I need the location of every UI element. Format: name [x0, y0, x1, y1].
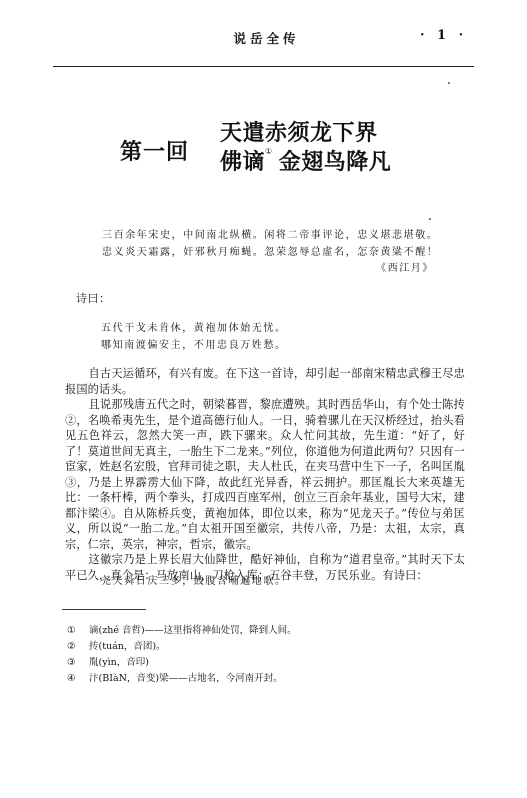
footnote-3-text: 胤(yìn，音印) [89, 657, 149, 668]
paragraph-2: 且说那残唐五代之时，朝梁暮晋，黎庶遭殃。其时西岳华山，有个处士陈抟②，名唤希夷先… [65, 397, 465, 552]
chapter-title-line-2-part2: 金翅鸟降凡 [279, 150, 392, 175]
page-number: · 1 · [420, 28, 467, 43]
opening-verse-line-1: 三百余年宋史，中间南北纵横。闲将二帝事评论，忠义堪悲堪敬。 [102, 226, 438, 241]
poem-1-line-2: 哪知南渡偏安主，不用忠良万姓愁。 [101, 336, 287, 351]
footnote-ref-1[interactable]: ① [265, 147, 273, 156]
chapter-title-line-2: 佛谪①金翅鸟降凡 [220, 145, 391, 176]
header-rule [53, 66, 474, 67]
scan-speck [448, 82, 450, 84]
footnote-4-text: 汴(BIàN，音变)梁——古地名，今河南开封。 [89, 673, 283, 684]
body-text: 自古天运循环，有兴有废。在下这一首诗，却引起一部南宋精忠武穆王尽忠报国的话头。 … [65, 366, 465, 583]
opening-verse-source: 《西江月》 [376, 259, 434, 274]
footnote-2-mark: ② [67, 641, 89, 652]
footnote-rule [62, 609, 146, 610]
chapter-number: 第一回 [120, 135, 189, 166]
footnote-4-mark: ④ [67, 673, 89, 684]
footnote-1-mark: ① [67, 625, 89, 636]
footnote-1: ①谪(zhé 音哲)——这里指将神仙处罚，降到人间。 [67, 622, 297, 636]
paragraph-1: 自古天运循环，有兴有废。在下这一首诗，却引起一部南宋精忠武穆王尽忠报国的话头。 [65, 366, 465, 397]
scan-speck [429, 218, 431, 220]
footnote-2: ②抟(tuán，音团)。 [67, 638, 166, 652]
footnote-2-text: 抟(tuán，音团)。 [89, 641, 166, 652]
footnote-3: ③胤(yìn，音印) [67, 654, 149, 668]
poem-intro: 诗曰： [76, 290, 111, 306]
footnote-1-text: 谪(zhé 音哲)——这里指将神仙处罚，降到人间。 [89, 625, 297, 636]
footnote-3-mark: ③ [67, 657, 89, 668]
opening-verse-line-2: 忠义炎天霜露，奸邪秋月痴蝇。忽荣忽辱总虚名，怎奈黄粱不醒！ [102, 243, 438, 258]
chapter-title-line-2-part1: 佛谪 [220, 150, 265, 175]
chapter-title-line-1: 天遣赤须龙下界 [220, 116, 378, 147]
poem-1-line-1: 五代干戈未肯休，黄袍加体始无忧。 [101, 319, 287, 334]
poem-2-line-1: 尧天舜日庆三多，鼓腹含哺遍地歌。 [101, 572, 287, 587]
footnote-4: ④汴(BIàN，音变)梁——古地名，今河南开封。 [67, 670, 283, 684]
